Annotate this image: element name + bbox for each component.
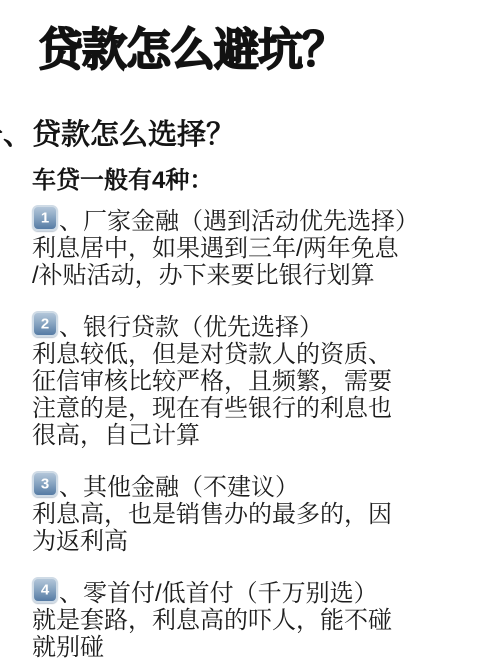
loan-item-2: 2 、银行贷款（优先选择） 利息较低，但是对贷款人的资质、 征信审核比较严格，且… [32, 309, 500, 449]
loan-item-2-heading: 2 、银行贷款（优先选择） [32, 309, 500, 339]
keycap-2-icon: 2 [32, 311, 58, 337]
note-page: 贷款怎么避坑？ 一、贷款怎么选择？ 车贷一般有4种： 1 、厂家金融（遇到活动优… [0, 0, 500, 667]
loan-item-2-label: 、银行贷款（优先选择） [59, 307, 323, 342]
section-heading: 一、贷款怎么选择？ [0, 118, 500, 153]
keycap-4-number: 4 [41, 582, 49, 597]
page-title: 贷款怎么避坑？ [38, 26, 500, 73]
keycap-1-icon: 1 [32, 205, 58, 231]
keycap-4-icon: 4 [32, 577, 58, 603]
loan-item-1-body: 利息居中，如果遇到三年/两年免息 /补贴活动，办下来要比银行划算 [32, 235, 500, 289]
loan-item-3-label: 、其他金融（不建议） [59, 467, 299, 502]
section-subheading: 车贷一般有4种： [32, 166, 500, 196]
loan-item-2-body: 利息较低，但是对贷款人的资质、 征信审核比较严格，且频繁，需要 注意的是，现在有… [32, 341, 500, 449]
loan-item-3-heading: 3 、其他金融（不建议） [32, 469, 500, 499]
loan-item-3-body: 利息高，也是销售办的最多的，因 为返利高 [32, 501, 500, 555]
loan-options-list: 1 、厂家金融（遇到活动优先选择） 利息居中，如果遇到三年/两年免息 /补贴活动… [32, 203, 500, 661]
loan-item-1-label: 、厂家金融（遇到活动优先选择） [59, 201, 419, 236]
loan-item-3: 3 、其他金融（不建议） 利息高，也是销售办的最多的，因 为返利高 [32, 469, 500, 555]
loan-item-4-heading: 4 、零首付/低首付（千万别选） [32, 575, 500, 605]
loan-item-4: 4 、零首付/低首付（千万别选） 就是套路，利息高的吓人，能不碰 就别碰 [32, 575, 500, 661]
loan-item-1-heading: 1 、厂家金融（遇到活动优先选择） [32, 203, 500, 233]
keycap-1-number: 1 [41, 210, 49, 225]
loan-item-4-label: 、零首付/低首付（千万别选） [59, 573, 378, 608]
keycap-2-number: 2 [41, 316, 49, 331]
loan-item-1: 1 、厂家金融（遇到活动优先选择） 利息居中，如果遇到三年/两年免息 /补贴活动… [32, 203, 500, 289]
keycap-3-number: 3 [41, 476, 49, 491]
loan-item-4-body: 就是套路，利息高的吓人，能不碰 就别碰 [32, 607, 500, 661]
keycap-3-icon: 3 [32, 471, 58, 497]
